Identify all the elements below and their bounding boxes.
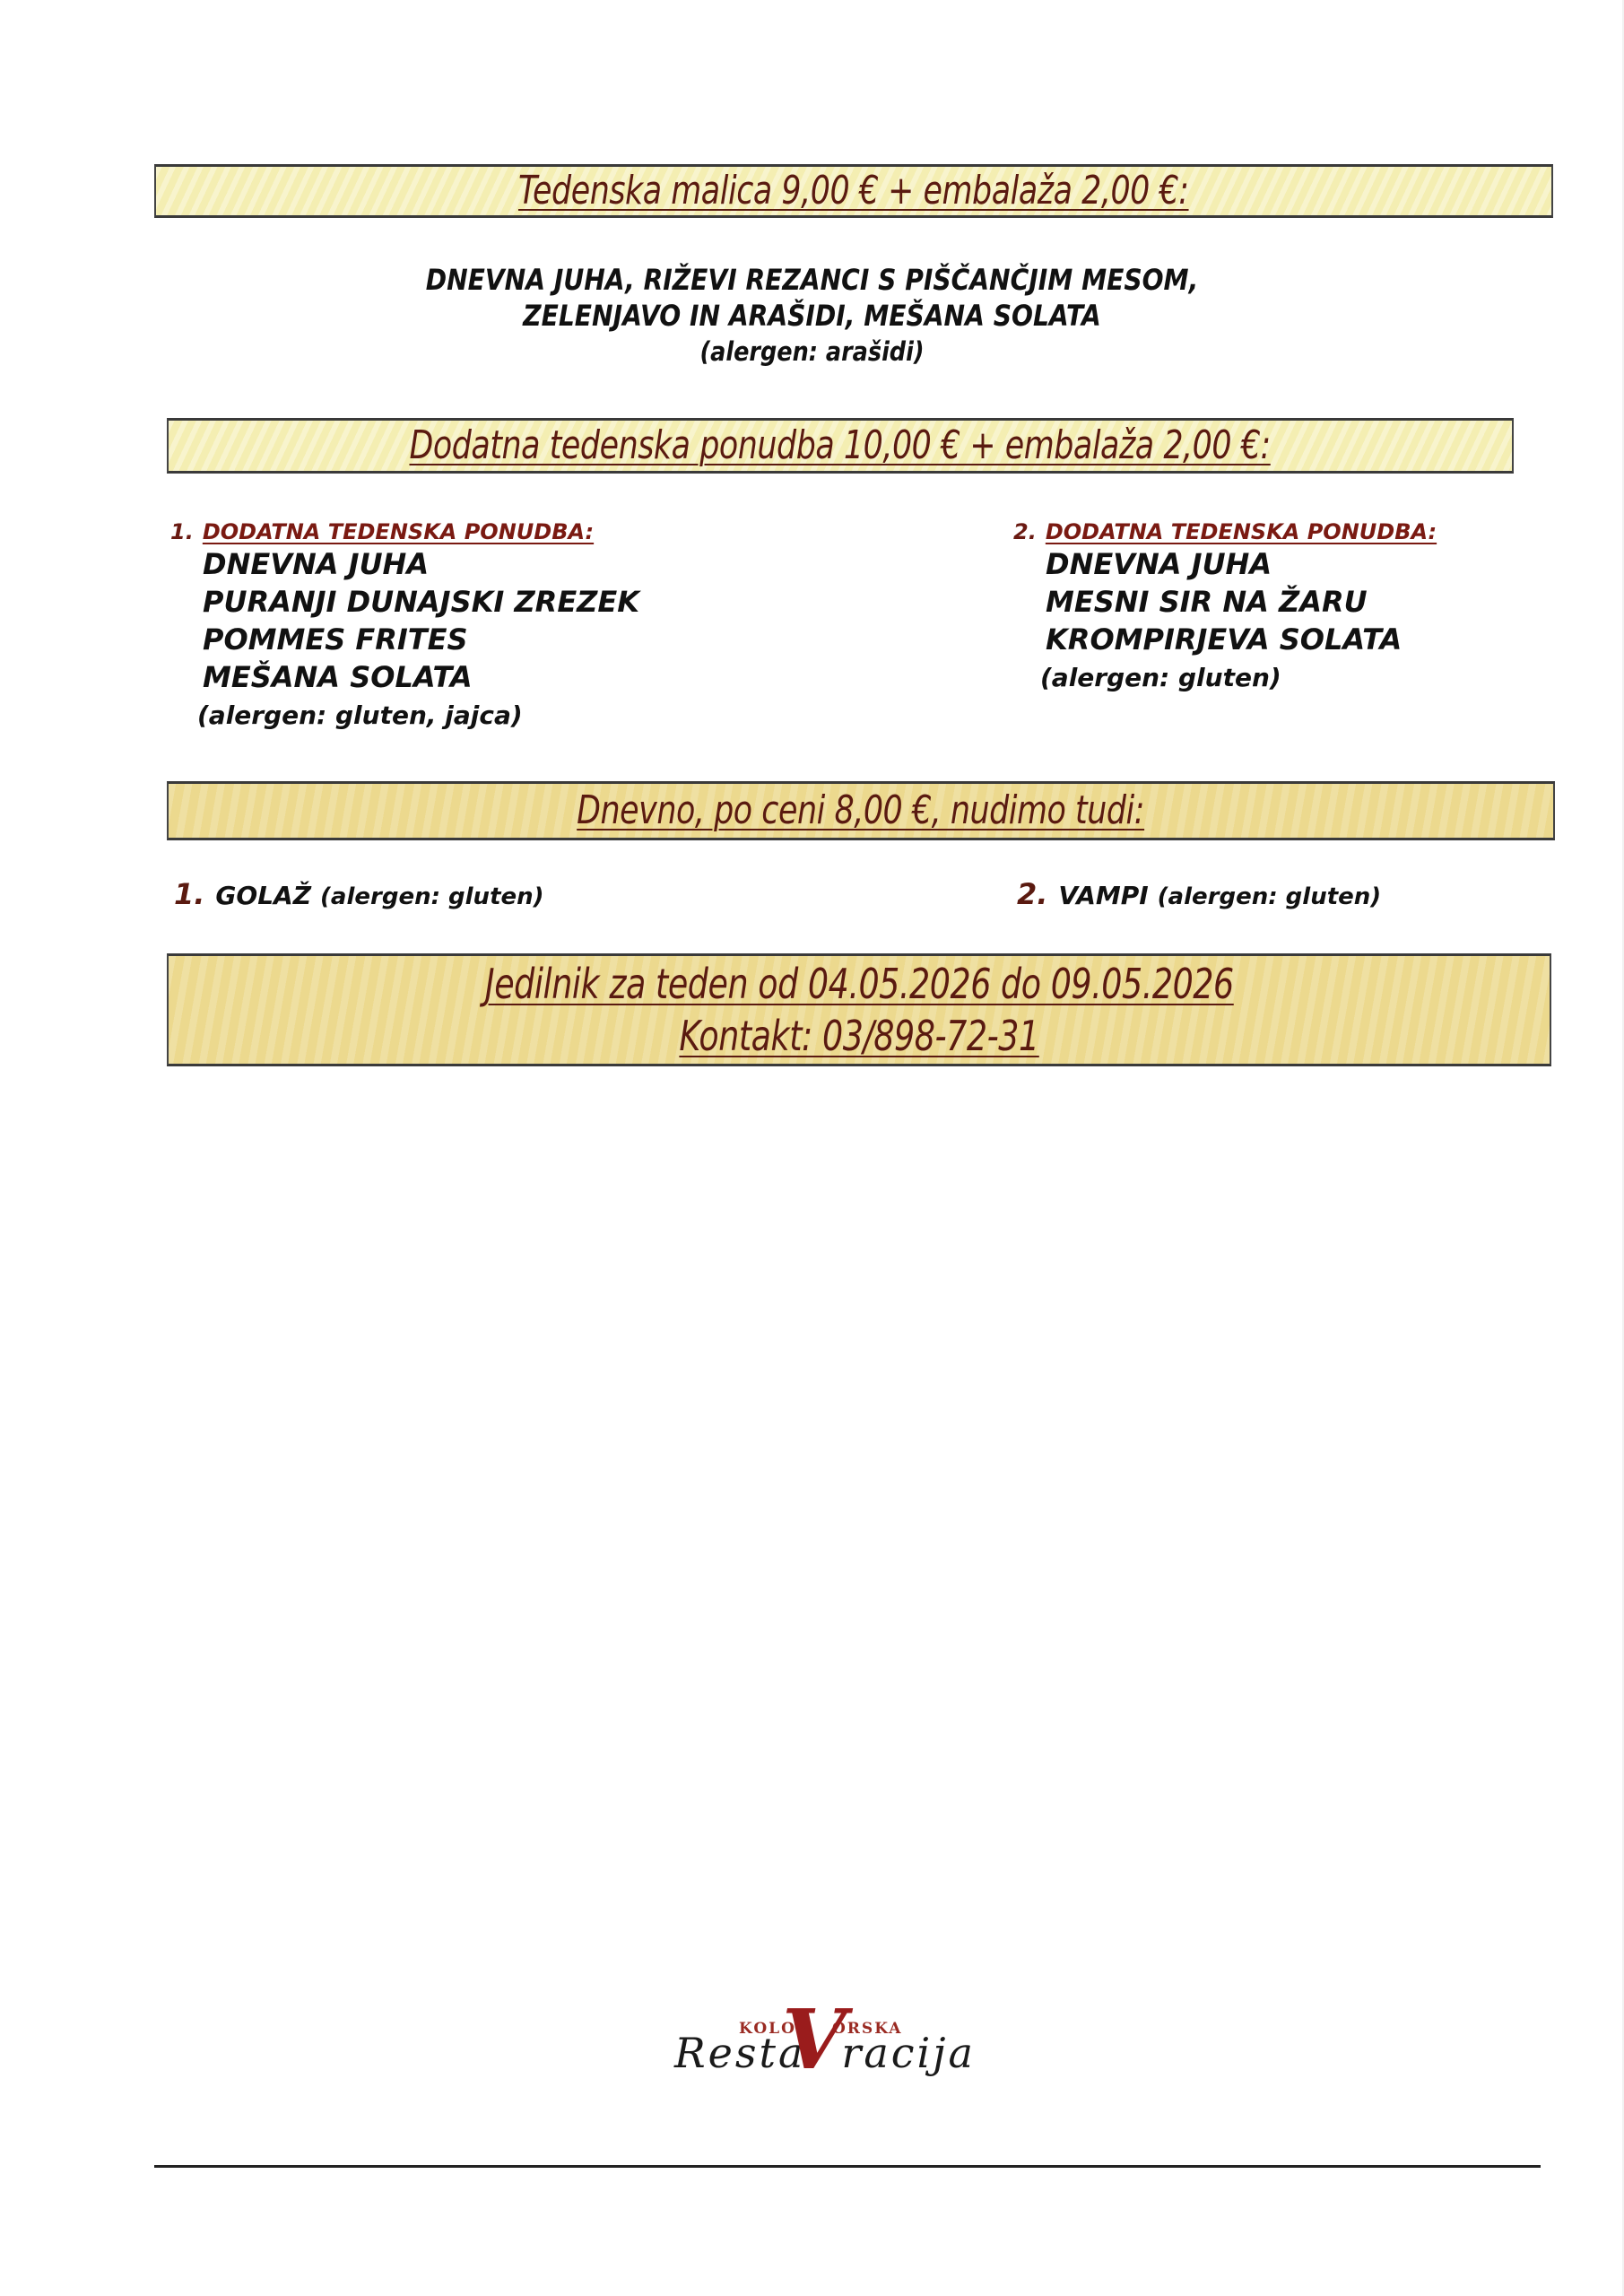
footer-divider — [154, 2165, 1541, 2168]
offer-heading: 1.DODATNA TEDENSKA PONUDBA: — [170, 518, 639, 545]
additional-offer-banner: Dodatna tedenska ponudba 10,00 € + embal… — [167, 418, 1514, 474]
offer-number: 1. — [170, 519, 194, 544]
daily-item-number: 2. — [1017, 877, 1047, 911]
offer-number: 2. — [1013, 519, 1037, 544]
additional-offer-heading: Dodatna tedenska ponudba 10,00 € + embal… — [410, 424, 1271, 467]
daily-item: 1.GOLAŽ(alergen: gluten) — [174, 877, 544, 911]
dish-line: DNEVNA JUHA, RIŽEVI REZANCI S PIŠČANČJIM… — [98, 262, 1527, 298]
logo-v-mark: V — [782, 1998, 846, 2081]
dish-line: ZELENJAVO IN ARAŠIDI, MEŠANA SOLATA — [98, 298, 1527, 334]
dish-allergen: (alergen: arašidi) — [98, 334, 1527, 370]
offer-allergen: (alergen: gluten, jajca) — [197, 696, 639, 735]
offer-title: DODATNA TEDENSKA PONUDBA: — [1046, 519, 1437, 544]
daily-item-allergen: (alergen: gluten) — [1158, 883, 1382, 910]
daily-offer-heading: Dnevno, po ceni 8,00 €, nudimo tudi: — [578, 789, 1145, 832]
offer-item: DNEVNA JUHA — [203, 545, 639, 583]
offer-item: KROMPIRJEVA SOLATA — [1046, 621, 1437, 658]
offer-item: POMMES FRITES — [203, 621, 639, 658]
offer-item: MESNI SIR NA ŽARU — [1046, 583, 1437, 621]
offer-items: DNEVNA JUHA MESNI SIR NA ŽARU KROMPIRJEV… — [1046, 545, 1437, 698]
daily-item-allergen: (alergen: gluten) — [320, 883, 544, 910]
offer-item: MEŠANA SOLATA — [203, 658, 639, 696]
additional-offer-2: 2.DODATNA TEDENSKA PONUDBA: DNEVNA JUHA … — [1013, 518, 1437, 698]
daily-item-number: 1. — [174, 877, 204, 911]
offer-item: PURANJI DUNAJSKI ZREZEK — [203, 583, 639, 621]
offer-allergen: (alergen: gluten) — [1040, 658, 1437, 698]
daily-item: 2.VAMPI(alergen: gluten) — [1017, 877, 1381, 911]
menu-dates: Jedilnik za teden od 04.05.2026 do 09.05… — [485, 958, 1234, 1010]
restaurant-logo: KOLOD ORSKA Restaracija V — [674, 1998, 979, 2088]
daily-offer-banner: Dnevno, po ceni 8,00 €, nudimo tudi: — [167, 781, 1555, 840]
daily-item-name: GOLAŽ — [215, 881, 311, 910]
weekly-lunch-banner: Tedenska malica 9,00 € + embalaža 2,00 €… — [154, 164, 1553, 218]
weekly-lunch-dish: DNEVNA JUHA, RIŽEVI REZANCI S PIŠČANČJIM… — [0, 262, 1624, 370]
logo-main-right: racija — [841, 2029, 976, 2077]
additional-offer-1: 1.DODATNA TEDENSKA PONUDBA: DNEVNA JUHA … — [170, 518, 639, 735]
offer-item: DNEVNA JUHA — [1046, 545, 1437, 583]
menu-dates-banner: Jedilnik za teden od 04.05.2026 do 09.05… — [167, 953, 1551, 1066]
offer-heading: 2.DODATNA TEDENSKA PONUDBA: — [1013, 518, 1437, 545]
weekly-lunch-heading: Tedenska malica 9,00 € + embalaža 2,00 €… — [518, 170, 1189, 213]
offer-items: DNEVNA JUHA PURANJI DUNAJSKI ZREZEK POMM… — [203, 545, 639, 735]
contact-phone: Kontakt: 03/898-72-31 — [679, 1010, 1038, 1062]
daily-item-name: VAMPI — [1058, 881, 1148, 910]
offer-title: DODATNA TEDENSKA PONUDBA: — [203, 519, 594, 544]
